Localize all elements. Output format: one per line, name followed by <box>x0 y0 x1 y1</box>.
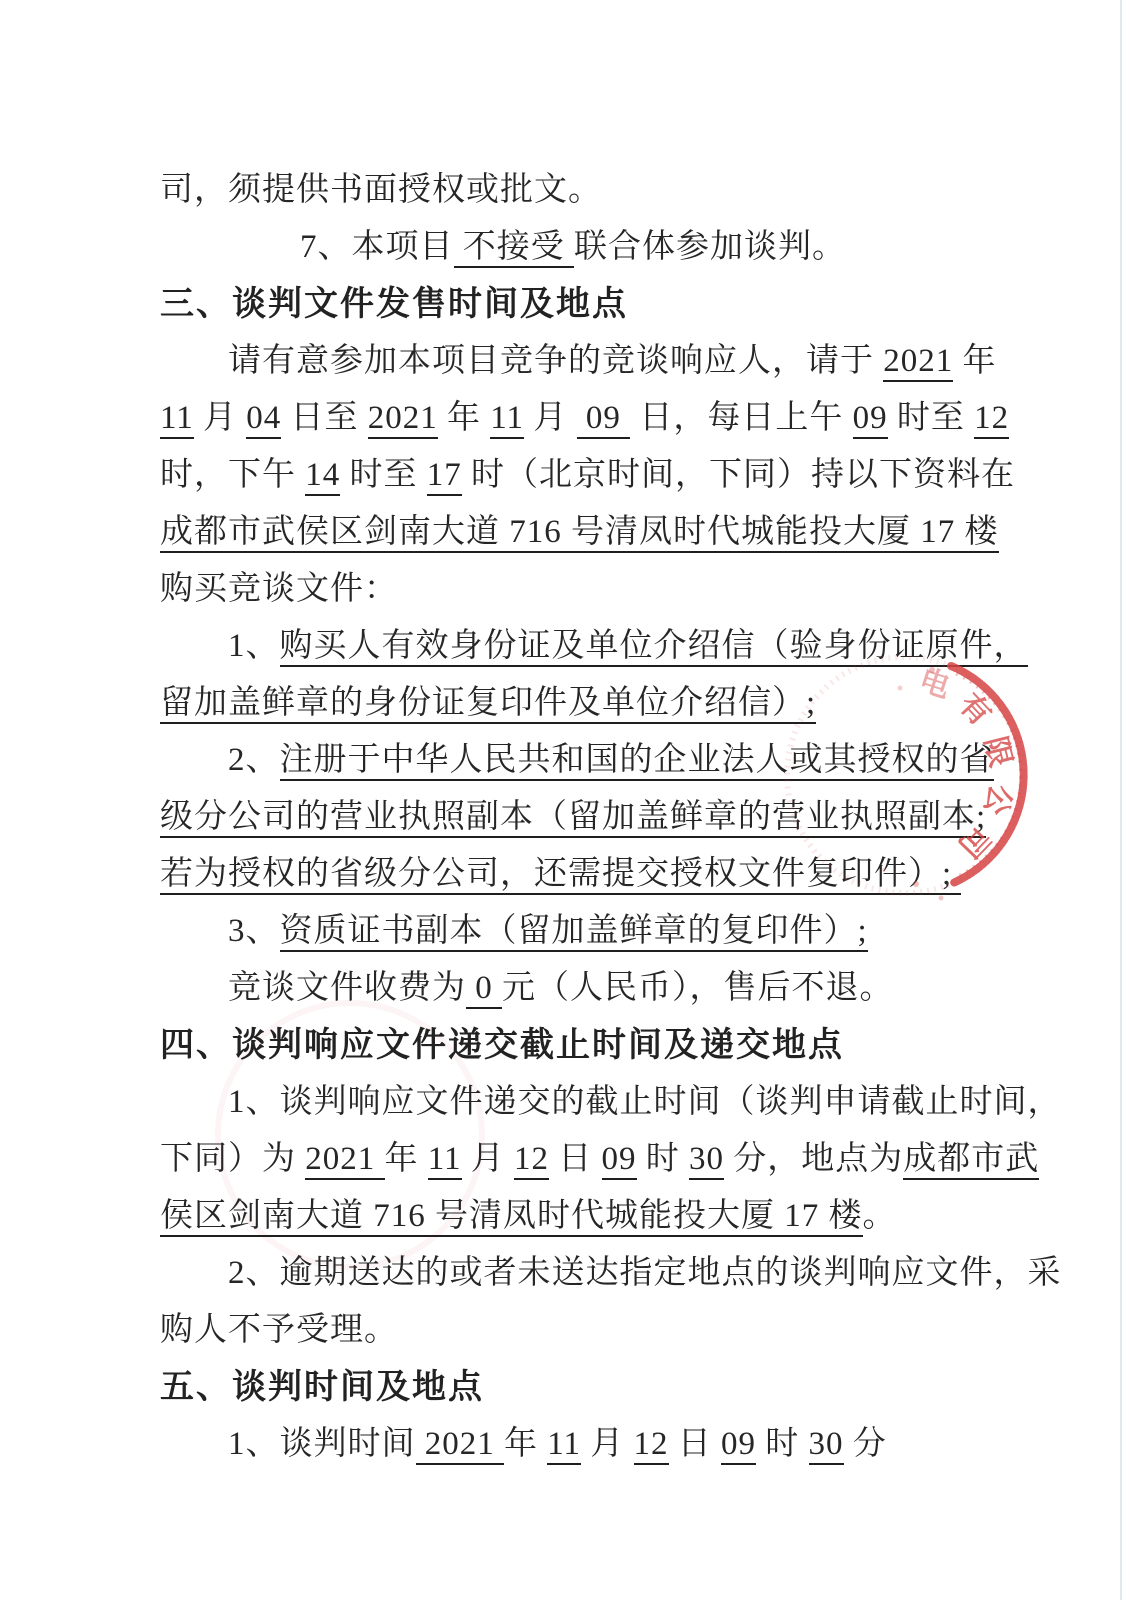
text-segment: 月 <box>581 1426 634 1462</box>
underlined-text: 侯区剑南大道 716 号清凤时代城能投大厦 17 楼 <box>160 1198 863 1237</box>
underlined-text: 2021 <box>883 343 953 382</box>
text-segment: 日 <box>669 1426 722 1462</box>
seal-character: 公 <box>977 781 1017 819</box>
text-segment: 请有意参加本项目竞争的竞谈响应人，请于 <box>228 343 883 379</box>
underlined-text: 不接受 <box>454 229 575 268</box>
scan-edge-artifact <box>1120 0 1122 1600</box>
text-segment: 。 <box>863 1198 897 1234</box>
company-seal-stamp: 电有限公司 <box>780 630 1130 930</box>
doc-line-23: 1、谈判时间 2021 年 11 月 12 日 09 时 30 分 <box>160 1416 1005 1473</box>
underlined-text: 09 <box>853 400 888 439</box>
text-segment: 年 <box>385 1141 428 1177</box>
text-segment: 2、逾期送达的或者未送达指定地点的谈判响应文件，采 <box>228 1255 1062 1291</box>
section-heading: 四、谈判响应文件递交截止时间及递交地点 <box>160 1017 1005 1074</box>
underlined-text: 30 <box>689 1141 724 1180</box>
text-segment: 司，须提供书面授权或批文。 <box>160 172 602 208</box>
text-segment: 购买竞谈文件： <box>160 571 398 607</box>
seal-character: 电 <box>915 664 954 705</box>
underlined-text: 12 <box>514 1141 549 1180</box>
text-segment: 元（人民币），售后不退。 <box>502 970 894 1006</box>
underlined-text: 2021 <box>368 400 438 439</box>
underlined-text: 17 <box>427 457 462 496</box>
doc-line-4: 请有意参加本项目竞争的竞谈响应人，请于 2021 年 <box>160 333 1005 390</box>
underlined-text: 30 <box>809 1426 844 1465</box>
text-segment: 时 <box>756 1426 809 1462</box>
seal-speckle <box>939 896 944 901</box>
text-segment: 分 <box>844 1426 887 1462</box>
seal-speckle <box>882 868 886 872</box>
text-segment: 月 <box>524 400 577 436</box>
text-segment: 3、 <box>228 913 280 949</box>
doc-line-1: 司，须提供书面授权或批文。 <box>160 162 1005 219</box>
text-segment: 联合体参加谈判。 <box>574 229 846 265</box>
text-segment: 五、谈判时间及地点 <box>160 1368 484 1406</box>
text-segment: 1、谈判响应文件递交的截止时间（谈判申请截止时间， <box>228 1084 1062 1120</box>
text-segment: 分，地点为 <box>724 1141 903 1177</box>
text-segment: 7、本项目 <box>300 229 454 265</box>
doc-line-2: 7、本项目 不接受 联合体参加谈判。 <box>160 219 1005 276</box>
scanned-document-page: 司，须提供书面授权或批文。7、本项目 不接受 联合体参加谈判。三、谈判文件发售时… <box>0 0 1130 1600</box>
text-segment: 1、谈判时间 <box>228 1426 416 1462</box>
underlined-text: 11 <box>547 1426 581 1465</box>
text-segment: 时至 <box>340 457 427 493</box>
doc-line-6: 时，下午 14 时至 17 时（北京时间，下同）持以下资料在 <box>160 447 1005 504</box>
text-segment: 日至 <box>281 400 368 436</box>
section-heading: 三、谈判文件发售时间及地点 <box>160 276 1005 333</box>
seal-speckle <box>898 686 903 691</box>
text-segment: 三、谈判文件发售时间及地点 <box>160 285 628 323</box>
text-segment: 购人不予受理。 <box>160 1312 398 1348</box>
text-segment: 2、 <box>228 742 280 778</box>
text-segment: 时，下午 <box>160 457 305 493</box>
doc-line-20: 2、逾期送达的或者未送达指定地点的谈判响应文件，采 <box>160 1245 1005 1302</box>
underlined-text: 11 <box>160 400 194 439</box>
underlined-text: 11 <box>428 1141 462 1180</box>
doc-line-18: 下同）为 2021 年 11 月 12 日 09 时 30 分，地点为成都市武 <box>160 1131 1005 1188</box>
text-segment: 竞谈文件收费为 <box>228 970 466 1006</box>
seal-characters: 电有限公司 <box>915 664 1017 864</box>
text-segment: 时（北京时间，下同）持以下资料在 <box>462 457 1015 493</box>
underlined-text: 12 <box>634 1426 669 1465</box>
text-segment: 年 <box>504 1426 547 1462</box>
text-segment: 时 <box>637 1141 690 1177</box>
seal-speckle <box>913 881 919 887</box>
underlined-text: 09 <box>721 1426 756 1465</box>
text-segment: 时至 <box>888 400 975 436</box>
underlined-text: 成都市武 <box>903 1141 1039 1180</box>
doc-line-21: 购人不予受理。 <box>160 1302 1005 1359</box>
doc-line-7: 成都市武侯区剑南大道 716 号清凤时代城能投大厦 17 楼 <box>160 504 1005 561</box>
underlined-text: 成都市武侯区剑南大道 716 号清凤时代城能投大厦 17 楼 <box>160 514 999 553</box>
section-heading: 五、谈判时间及地点 <box>160 1359 1005 1416</box>
underlined-text: 14 <box>305 457 340 496</box>
underlined-text: 09 <box>577 400 631 439</box>
text-segment: 年 <box>438 400 491 436</box>
doc-line-17: 1、谈判响应文件递交的截止时间（谈判申请截止时间， <box>160 1074 1005 1131</box>
underlined-text: 2021 <box>416 1426 505 1465</box>
text-segment: 下同）为 <box>160 1141 305 1177</box>
underlined-text: 留加盖鲜章的身份证复印件及单位介绍信）; <box>160 685 816 724</box>
text-segment: 日 <box>549 1141 602 1177</box>
doc-line-8: 购买竞谈文件： <box>160 561 1005 618</box>
underlined-text: 12 <box>974 400 1009 439</box>
underlined-text: 0 <box>466 970 502 1009</box>
text-segment: 1、 <box>228 628 280 664</box>
text-segment: 四、谈判响应文件递交截止时间及递交地点 <box>160 1026 844 1064</box>
text-segment: 日，每日上午 <box>630 400 853 436</box>
text-segment: 年 <box>953 343 996 379</box>
text-segment: 月 <box>194 400 247 436</box>
underlined-text: 09 <box>602 1141 637 1180</box>
seal-character: 限 <box>978 733 1017 770</box>
text-segment: 月 <box>462 1141 515 1177</box>
doc-line-15: 竞谈文件收费为 0 元（人民币），售后不退。 <box>160 960 1005 1017</box>
doc-line-19: 侯区剑南大道 716 号清凤时代城能投大厦 17 楼。 <box>160 1188 1005 1245</box>
doc-line-5: 11 月 04 日至 2021 年 11 月 09 日，每日上午 09 时至 1… <box>160 390 1005 447</box>
underlined-text: 04 <box>246 400 281 439</box>
underlined-text: 11 <box>490 400 524 439</box>
underlined-text: 2021 <box>305 1141 384 1180</box>
